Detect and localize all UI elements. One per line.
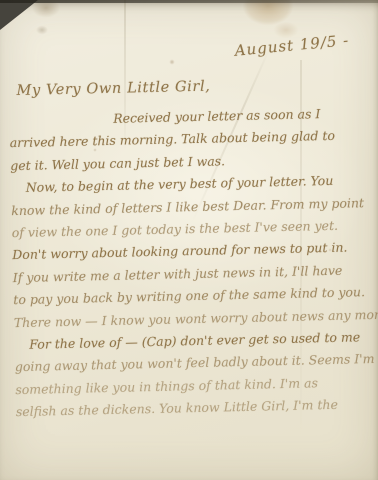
letter-scan: August 19/5 - My Very Own Little Girl, R… <box>0 0 378 480</box>
date-line: August 19/5 - <box>0 31 350 82</box>
scan-top-edge-shadow <box>0 0 378 3</box>
letter-body: Received your letter as soon as I arrive… <box>9 102 378 424</box>
letter-text: August 19/5 - My Very Own Little Girl, R… <box>0 0 378 480</box>
salutation: My Very Own Little Girl, <box>16 75 374 99</box>
